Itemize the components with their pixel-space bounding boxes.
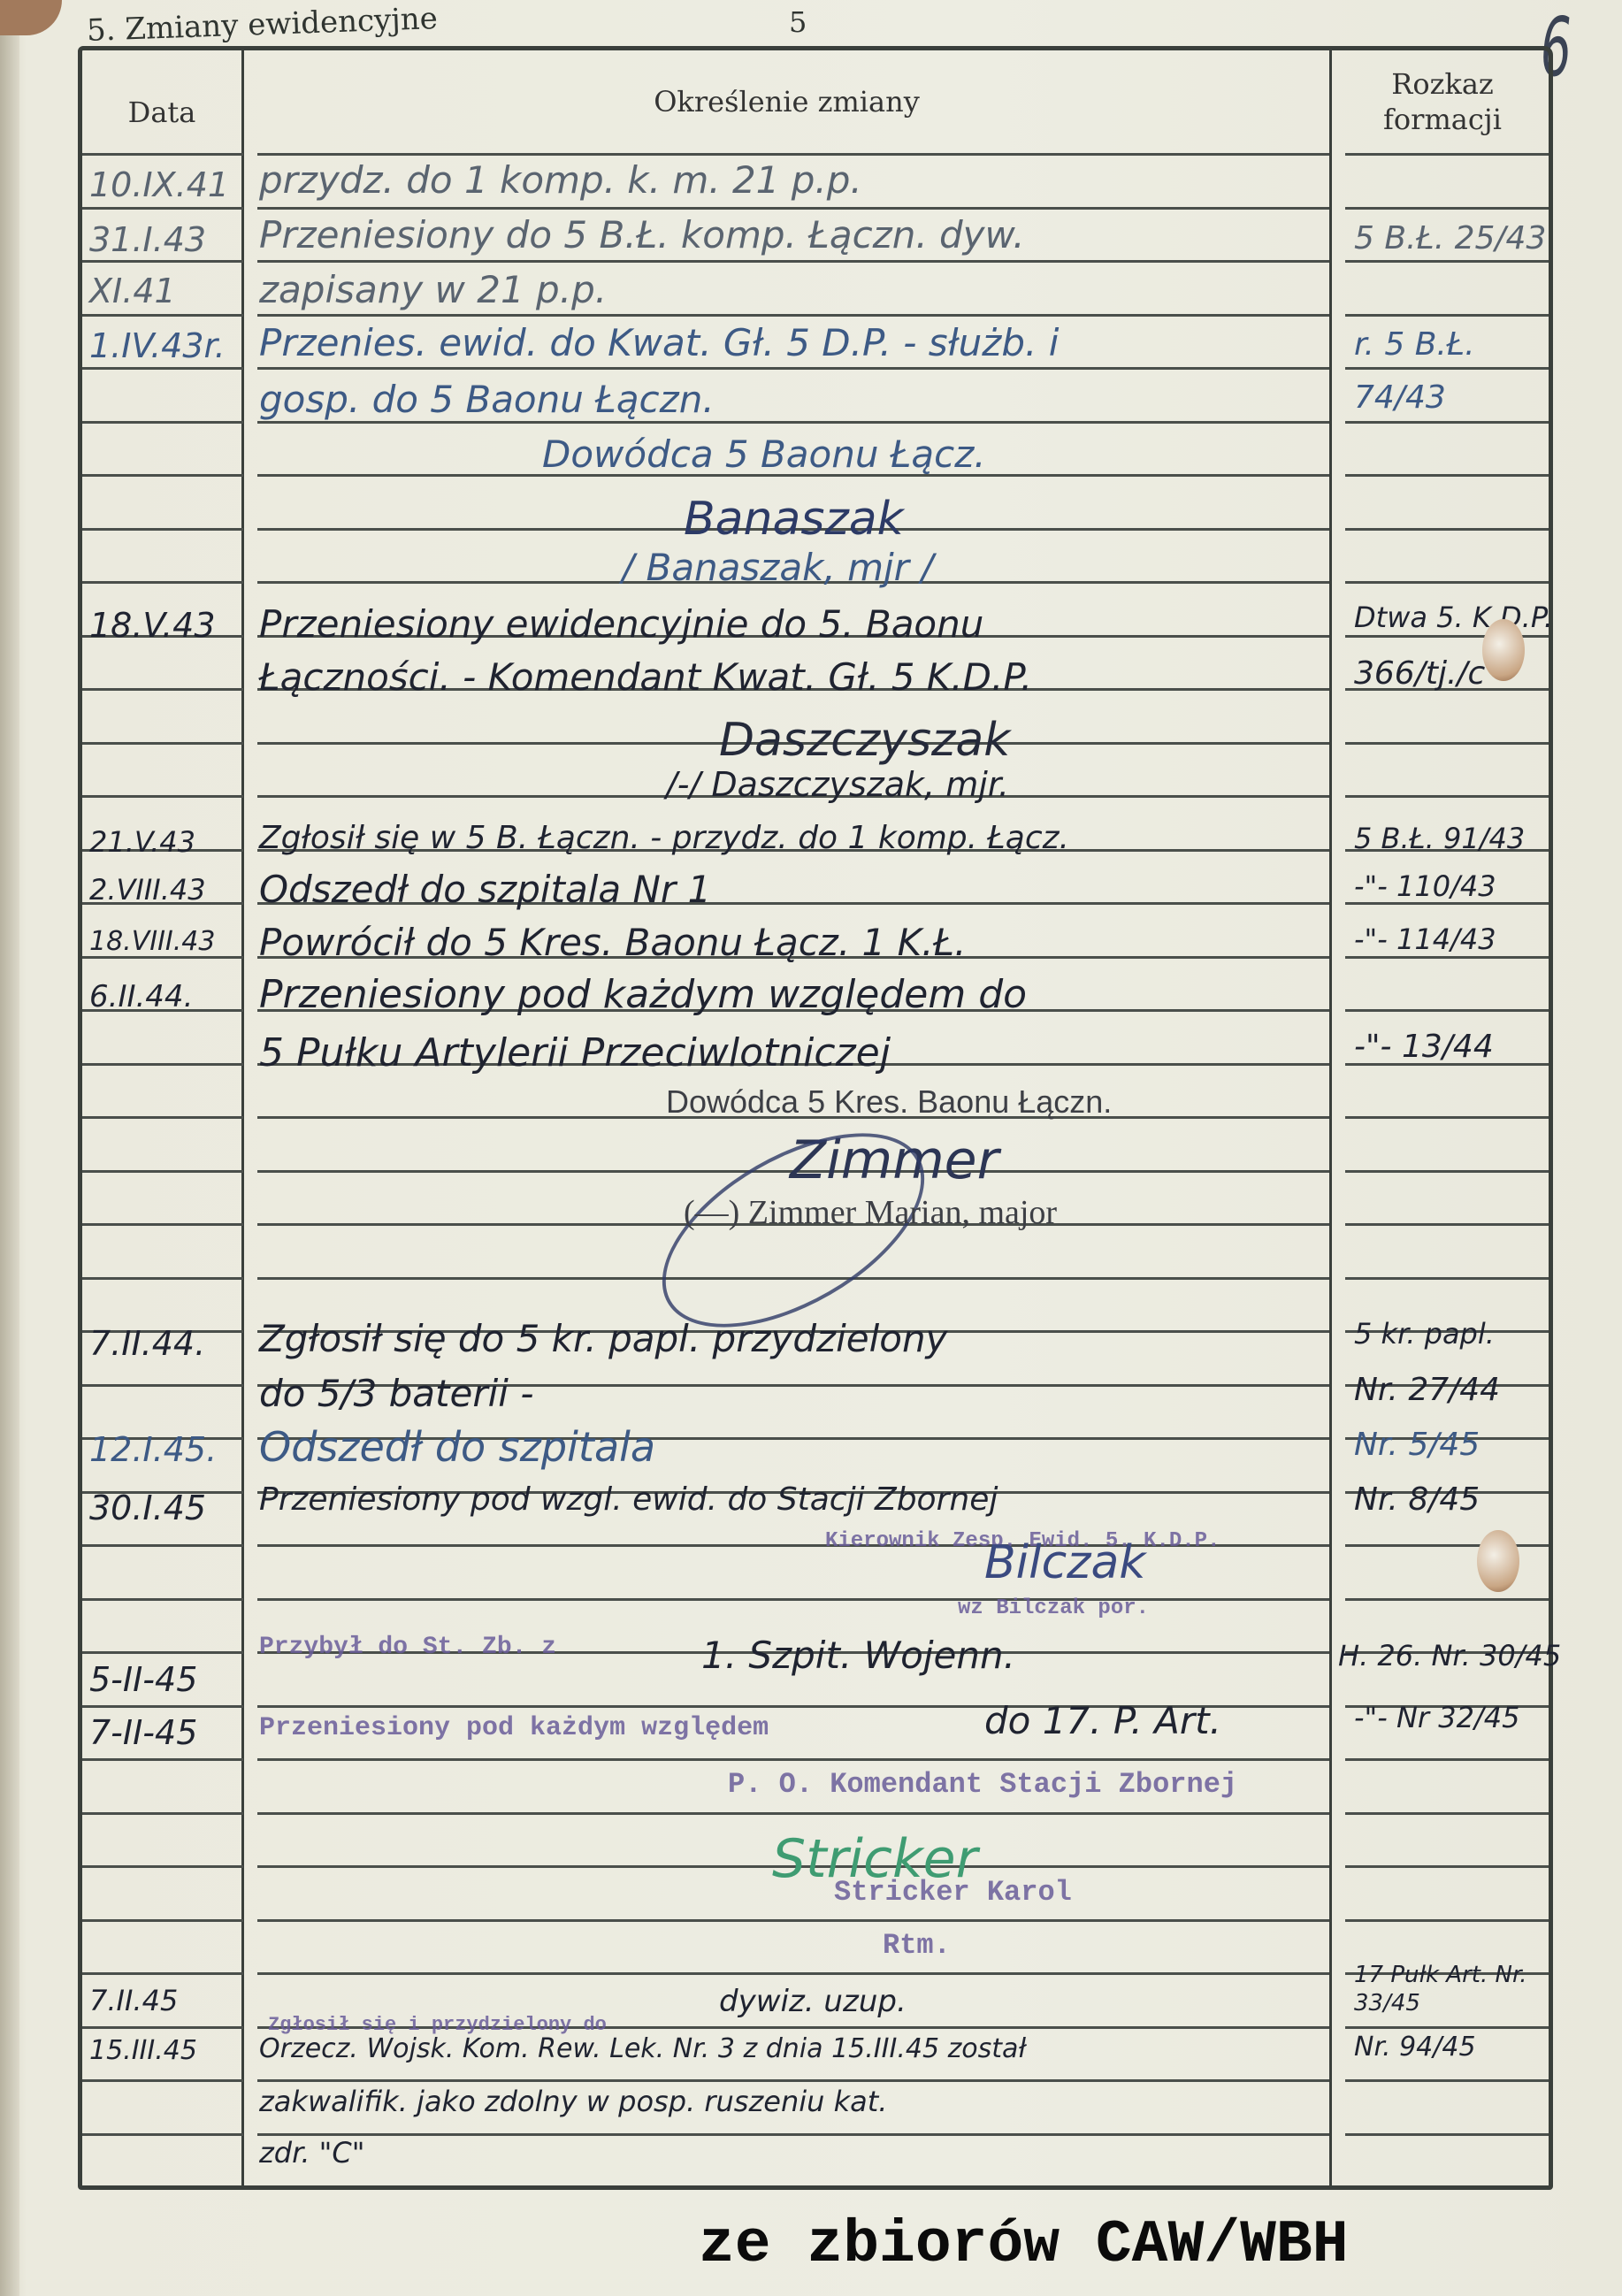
ruled-line bbox=[82, 1598, 243, 1601]
ruled-line bbox=[257, 421, 1329, 424]
entry-change: Odszedł do szpitala bbox=[259, 1423, 655, 1471]
entry-order: Nr. 8/45 bbox=[1354, 1481, 1480, 1518]
ruled-line bbox=[1345, 367, 1549, 370]
entry-change: do 17. P. Art. bbox=[984, 1699, 1221, 1742]
ruled-line bbox=[257, 1919, 1329, 1922]
signature-bilczak: Bilczak bbox=[984, 1536, 1145, 1589]
entry-date: 2.VIII.43 bbox=[89, 873, 244, 907]
ruled-line bbox=[82, 1544, 243, 1547]
ruled-line bbox=[82, 2133, 243, 2136]
ruled-line bbox=[82, 367, 243, 370]
stamp-station-commander: P. O. Komendant Stacji Zbornej bbox=[728, 1768, 1237, 1801]
ruled-line bbox=[82, 1384, 243, 1387]
entry-change: zakwalifik. jako zdolny w posp. ruszeniu… bbox=[259, 2085, 887, 2118]
ruled-line bbox=[1345, 1223, 1549, 1226]
entry-change: Orzecz. Wojsk. Kom. Rew. Lek. Nr. 3 z dn… bbox=[259, 2033, 1026, 2064]
ruled-line bbox=[82, 795, 243, 798]
entry-order: 5 B.Ł. 91/43 bbox=[1354, 822, 1525, 855]
entry-order: 17 Pułk Art. Nr. 33/45 bbox=[1354, 1961, 1531, 2017]
entry-change: Przenies. ewid. do Kwat. Gł. 5 D.P. - sł… bbox=[259, 321, 1059, 364]
ruled-line bbox=[82, 1812, 243, 1815]
ruled-line bbox=[1345, 1116, 1549, 1119]
entry-order: Nr. 27/44 bbox=[1354, 1372, 1500, 1408]
stamp-rank: Rtm. bbox=[883, 1929, 951, 1962]
ruled-line bbox=[82, 1223, 243, 1226]
entry-change: Dowódca 5 Baonu Łącz. bbox=[542, 432, 986, 476]
entry-change: do 5/3 baterii - bbox=[259, 1372, 533, 1415]
ruled-line bbox=[257, 1812, 1329, 1815]
ruled-line bbox=[1345, 207, 1549, 210]
ruled-line bbox=[257, 1758, 1329, 1761]
entry-date: 10.IX.41 bbox=[89, 165, 244, 204]
ruled-line bbox=[82, 2026, 243, 2029]
signature-banaszak: Banaszak bbox=[684, 493, 904, 546]
entry-date: XI.41 bbox=[89, 272, 244, 310]
entry-date: 21.V.43 bbox=[89, 825, 244, 859]
ruled-line bbox=[82, 1651, 243, 1654]
stamp-registry-deputy: wz Bilczak por. bbox=[958, 1596, 1149, 1620]
entry-change: Przeniesiony do 5 B.Ł. komp. Łączn. dyw. bbox=[259, 213, 1025, 256]
entry-date: 18.V.43 bbox=[89, 606, 244, 645]
header-order-line1: Rozkaz bbox=[1332, 66, 1553, 102]
entry-order: 366/tj./c bbox=[1354, 655, 1485, 692]
ruled-line bbox=[82, 153, 243, 156]
entry-date: 7-II-45 bbox=[89, 1713, 244, 1752]
entry-date: 7.II.44. bbox=[89, 1324, 244, 1363]
ruled-line bbox=[82, 528, 243, 531]
header-date: Data bbox=[82, 95, 241, 130]
entry-change: Przeniesiony ewidencyjnie do 5. Baonu bbox=[259, 602, 983, 646]
ruled-line bbox=[1345, 528, 1549, 531]
page-corner bbox=[0, 0, 62, 35]
ruled-line bbox=[82, 207, 243, 210]
archive-watermark: ze zbiorów CAW/WBH bbox=[699, 2211, 1349, 2279]
entry-order: Dtwa 5. K.D.P. bbox=[1354, 601, 1553, 634]
ruled-line bbox=[82, 1705, 243, 1708]
printed-commander-title: Dowódca 5 Kres. Baonu Łączn. bbox=[666, 1083, 1112, 1121]
stamp-name: Stricker Karol bbox=[834, 1876, 1072, 1909]
entry-change: Przeniesiony pod wzgl. ewid. do Stacji Z… bbox=[259, 1481, 998, 1518]
entry-date: 18.VIII.43 bbox=[89, 926, 244, 957]
entry-date: 30.I.45 bbox=[89, 1489, 244, 1527]
section-title: 5. Zmiany ewidencyjne bbox=[86, 1, 438, 49]
ruled-line bbox=[82, 1865, 243, 1868]
entry-order: Nr. 94/45 bbox=[1354, 2032, 1476, 2063]
header-order-line2: formacji bbox=[1332, 102, 1553, 137]
entry-change: Zgłosił się do 5 kr. papl. przydzielony bbox=[259, 1317, 947, 1360]
entry-date: 31.I.43 bbox=[89, 220, 244, 259]
column-divider bbox=[1329, 50, 1332, 2185]
entry-date: 6.II.44. bbox=[89, 979, 244, 1014]
stamp-arrived: Przybył do St. Zb. z bbox=[259, 1634, 556, 1661]
entry-order: -"- 110/43 bbox=[1354, 869, 1496, 903]
ruled-line bbox=[1345, 421, 1549, 424]
ruled-line bbox=[257, 153, 1329, 156]
entry-order: -"- 13/44 bbox=[1354, 1029, 1494, 1065]
entry-order: 5 B.Ł. 25/43 bbox=[1354, 220, 1546, 256]
ruled-line bbox=[82, 1972, 243, 1975]
ruled-line bbox=[1345, 2133, 1549, 2136]
ruled-line bbox=[1345, 314, 1549, 317]
ruled-line bbox=[1345, 956, 1549, 959]
ruled-line bbox=[82, 1277, 243, 1280]
entry-date: 5-II-45 bbox=[89, 1660, 244, 1699]
ruled-line bbox=[257, 1598, 1329, 1601]
ruled-line bbox=[1345, 581, 1549, 584]
entry-order: Nr. 5/45 bbox=[1354, 1427, 1480, 1463]
entry-date: 1.IV.43r. bbox=[89, 326, 244, 365]
entry-order: -"- 114/43 bbox=[1354, 922, 1496, 956]
document-page: 5. Zmiany ewidencyjne 5 6 Data Określeni… bbox=[0, 0, 1622, 2296]
entry-change: Przeniesiony pod każdym względem do bbox=[259, 972, 1027, 1017]
ruled-line bbox=[1345, 474, 1549, 477]
ruled-line bbox=[82, 2079, 243, 2082]
ruled-line bbox=[1345, 742, 1549, 745]
entry-date: 7.II.45 bbox=[89, 1984, 244, 2017]
entry-order: 74/43 bbox=[1354, 379, 1446, 416]
punch-hole bbox=[1482, 619, 1525, 681]
ruled-line bbox=[1345, 153, 1549, 156]
page-number: 5 bbox=[789, 5, 807, 39]
entry-change: przydz. do 1 komp. k. m. 21 p.p. bbox=[259, 158, 862, 202]
entry-change: /-/ Daszczyszak, mjr. bbox=[666, 765, 1009, 804]
entry-change: Odszedł do szpitala Nr 1 bbox=[259, 868, 711, 911]
ruled-line bbox=[1345, 1544, 1549, 1547]
ruled-line bbox=[82, 1063, 243, 1066]
ruled-line bbox=[82, 1758, 243, 1761]
ruled-line bbox=[257, 314, 1329, 317]
ruled-line bbox=[257, 207, 1329, 210]
ruled-line bbox=[1345, 2026, 1549, 2029]
ruled-line bbox=[1345, 2079, 1549, 2082]
entry-order: 5 kr. papl. bbox=[1354, 1317, 1495, 1351]
header-change: Określenie zmiany bbox=[244, 84, 1329, 119]
ruled-line bbox=[257, 2079, 1329, 2082]
page-binding bbox=[0, 0, 19, 2296]
entry-change: 1. Szpit. Wojenn. bbox=[701, 1634, 1015, 1677]
ruled-line bbox=[1345, 1758, 1549, 1761]
ruled-line bbox=[1345, 1170, 1549, 1173]
ruled-line bbox=[1345, 260, 1549, 263]
ruled-line bbox=[82, 1919, 243, 1922]
ruled-line bbox=[82, 1170, 243, 1173]
entry-date: 15.III.45 bbox=[89, 2035, 244, 2066]
ruled-line bbox=[82, 742, 243, 745]
ruled-line bbox=[1345, 1812, 1549, 1815]
entry-order: H. 26. Nr. 30/45 bbox=[1338, 1639, 1561, 1672]
ruled-line bbox=[82, 260, 243, 263]
ruled-line bbox=[82, 314, 243, 317]
ruled-line bbox=[1345, 795, 1549, 798]
entry-change: dywiz. uzup. bbox=[719, 1984, 907, 2019]
ruled-line bbox=[1345, 1919, 1549, 1922]
entry-change: / Banaszak, mjr / bbox=[622, 546, 933, 589]
ruled-line bbox=[257, 260, 1329, 263]
signature-daszczyszak: Daszczyszak bbox=[719, 714, 1010, 767]
entry-order: -"- Nr 32/45 bbox=[1354, 1701, 1519, 1734]
ruled-line bbox=[257, 1972, 1329, 1975]
ruled-line bbox=[1345, 1598, 1549, 1601]
ruled-line bbox=[257, 367, 1329, 370]
entry-change: zdr. "C" bbox=[259, 2136, 364, 2170]
ruled-line bbox=[82, 474, 243, 477]
header-order: Rozkaz formacji bbox=[1332, 66, 1553, 137]
entry-change: Zgłosił się w 5 B. Łączn. - przydz. do 1… bbox=[259, 820, 1069, 856]
ruled-line bbox=[82, 688, 243, 691]
entry-change: zapisany w 21 p.p. bbox=[259, 268, 607, 311]
ruled-line bbox=[1345, 1277, 1549, 1280]
ruled-line bbox=[1345, 1009, 1549, 1012]
ruled-line bbox=[82, 581, 243, 584]
entry-order: r. 5 B.Ł. bbox=[1354, 326, 1475, 363]
stamp-transferred: Przeniesiony pod każdym względem bbox=[259, 1713, 769, 1743]
entry-change: Powrócił do 5 Kres. Baonu Łącz. 1 K.Ł. bbox=[259, 921, 966, 964]
punch-hole bbox=[1477, 1530, 1519, 1592]
entry-date: 12.I.45. bbox=[89, 1430, 244, 1469]
ruled-line bbox=[1345, 1865, 1549, 1868]
printed-commander-name: (—) Zimmer Marian, major bbox=[684, 1193, 1057, 1232]
ruled-line bbox=[82, 421, 243, 424]
ruled-line bbox=[257, 2133, 1329, 2136]
entry-change: gosp. do 5 Baonu Łączn. bbox=[259, 378, 715, 421]
changes-table: Data Określenie zmiany Rozkaz formacji 1… bbox=[78, 46, 1553, 2190]
entry-change: Łączności. - Komendant Kwat. Gł. 5 K.D.P… bbox=[259, 655, 1032, 699]
entry-change: 5 Pułku Artylerii Przeciwlotniczej bbox=[259, 1030, 891, 1075]
ruled-line bbox=[82, 1116, 243, 1119]
